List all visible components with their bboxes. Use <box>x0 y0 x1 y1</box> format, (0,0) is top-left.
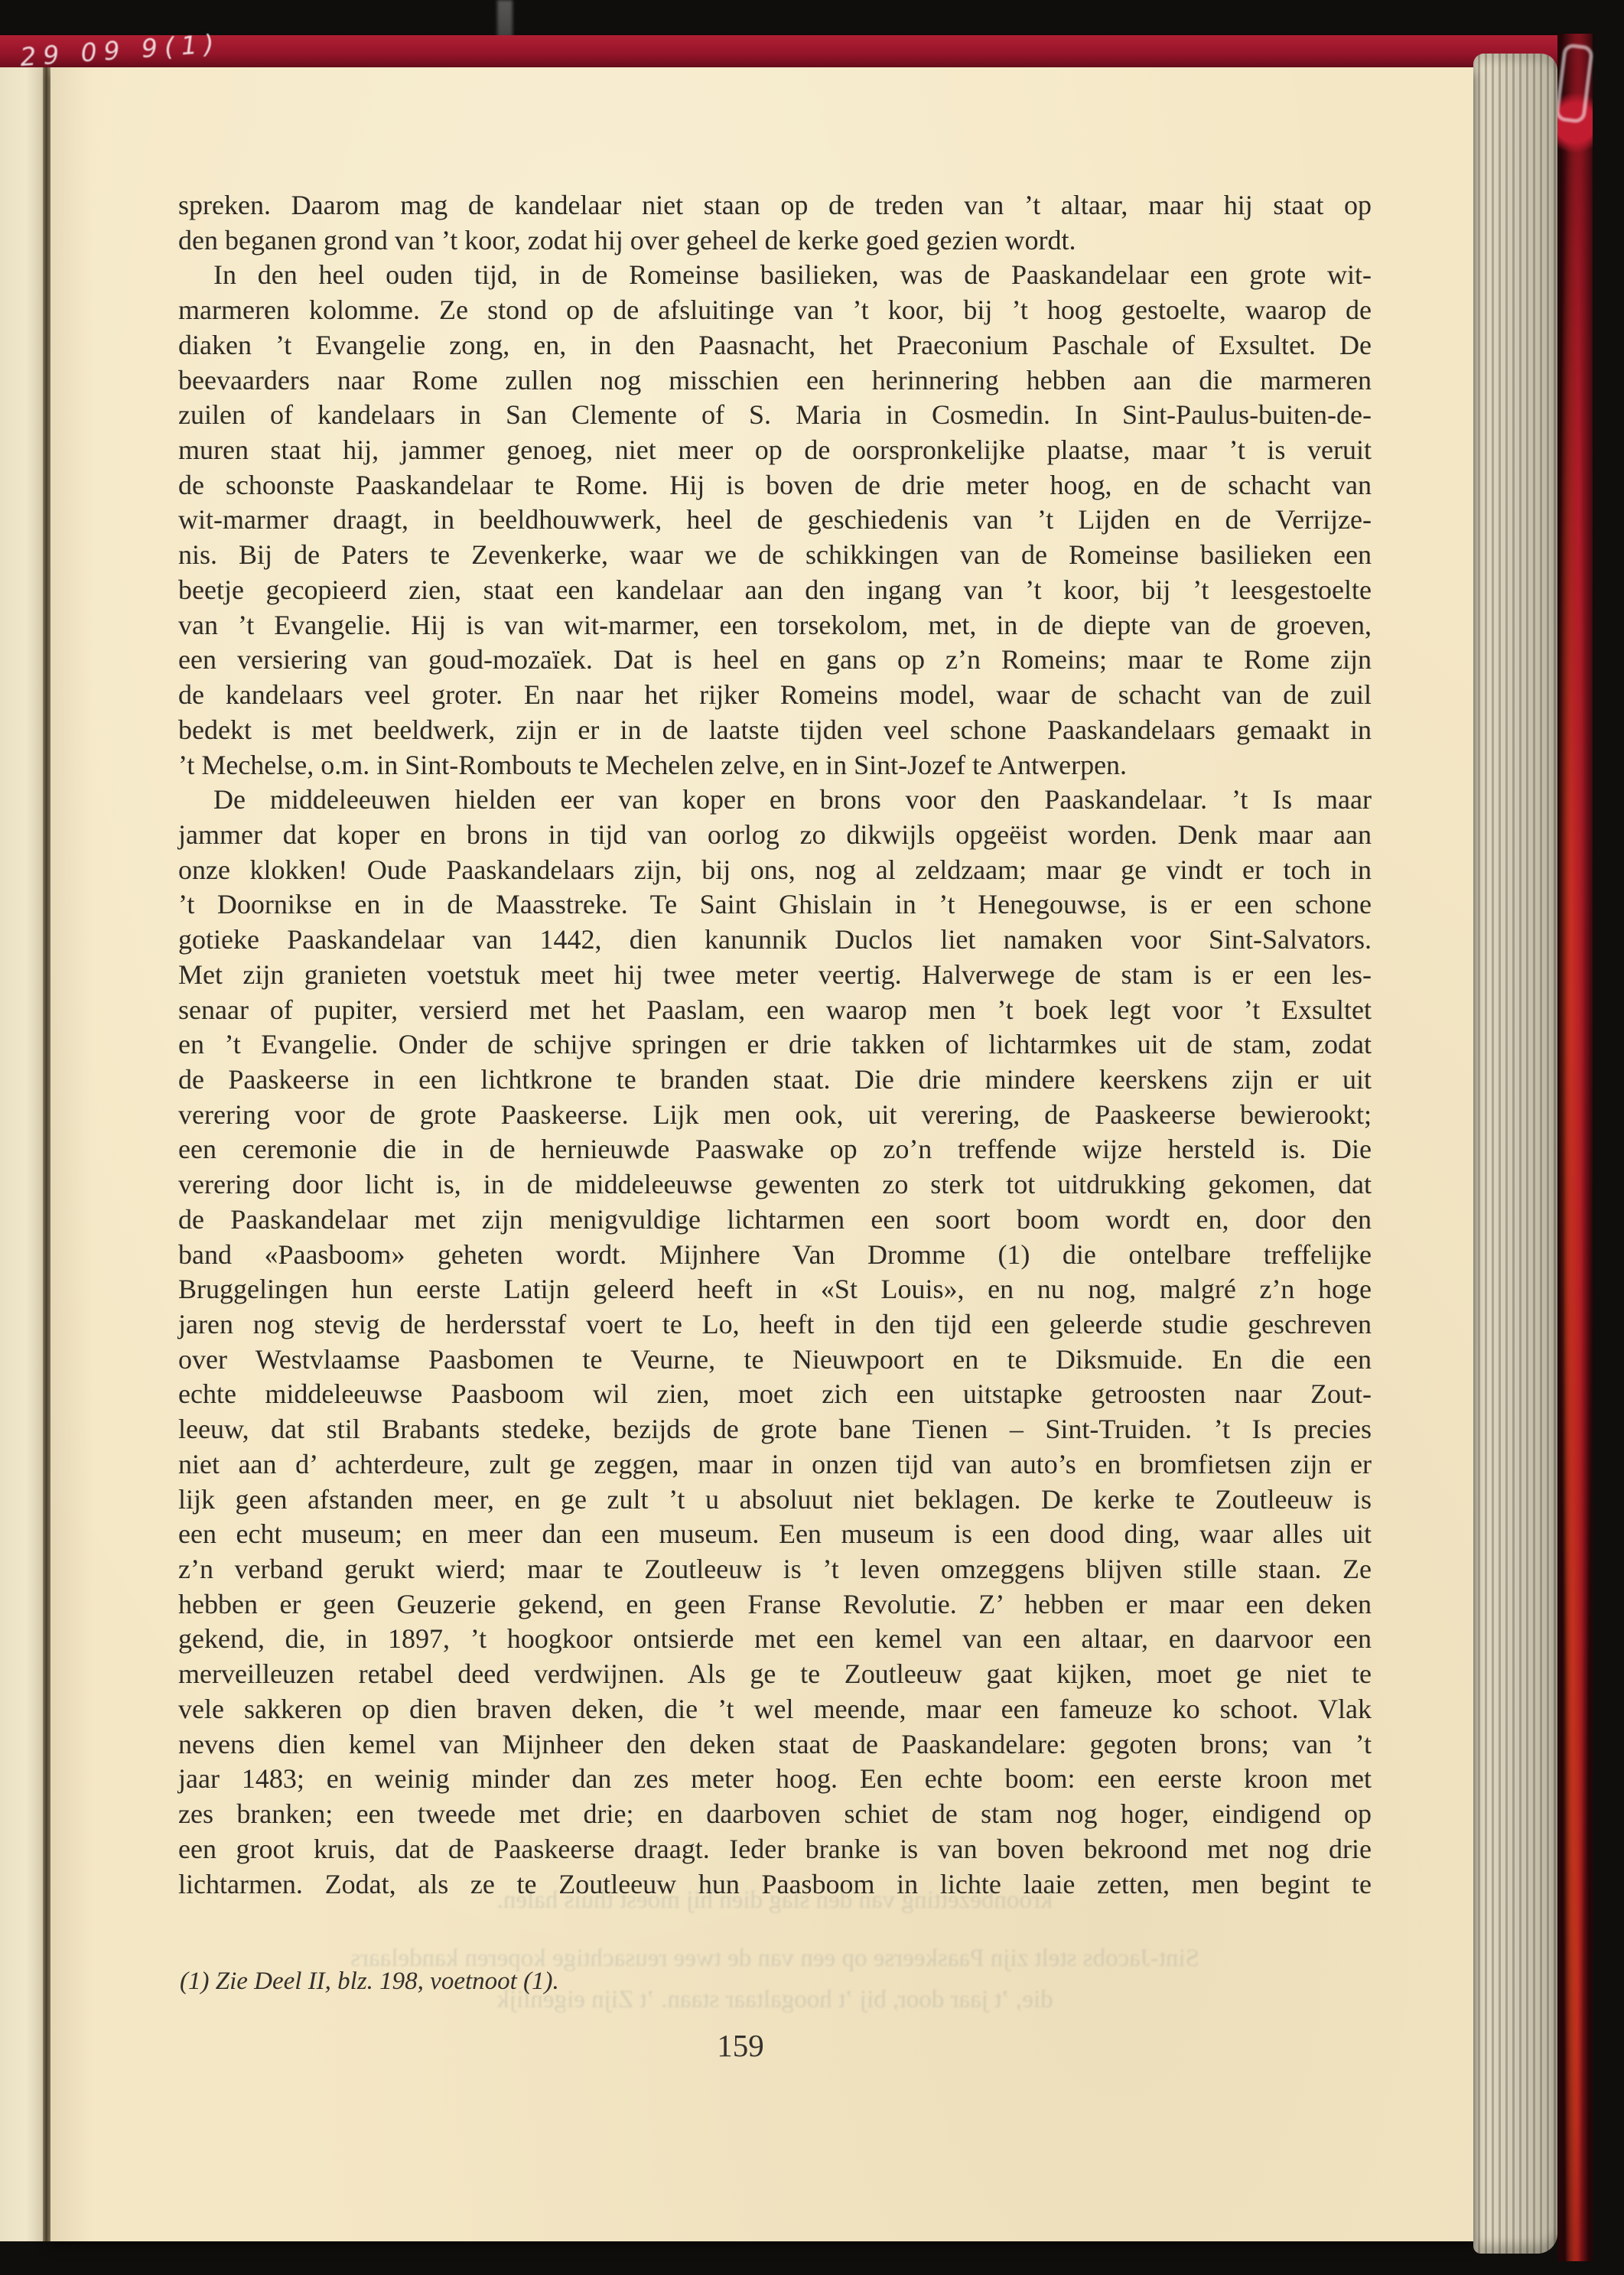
text-line: bedekt is met beeldwerk, zijn er in de l… <box>178 713 1372 748</box>
text-line: lijk geen afstanden meer, en ge zult ’t … <box>178 1482 1372 1518</box>
text-line: de Paaskeerse in een lichtkrone te brand… <box>178 1063 1372 1098</box>
text-line: marmeren kolomme. Ze stond op de afsluit… <box>178 293 1372 328</box>
text-line: wit-marmer draagt, in beeldhouwwerk, hee… <box>178 503 1372 538</box>
text-line: gotieke Paaskandelaar van 1442, dien kan… <box>178 923 1372 958</box>
text-line: en ’t Evangelie. Onder de schijve spring… <box>178 1027 1372 1063</box>
text-line: Bruggelingen hun eerste Latijn geleerd h… <box>178 1272 1372 1307</box>
text-line: spreken. Daarom mag de kandelaar niet st… <box>178 188 1372 223</box>
text-line: hebben er geen Geuzerie gekend, en geen … <box>178 1587 1372 1622</box>
text-line: verering door licht is, in de middeleeuw… <box>178 1167 1372 1203</box>
text-line: beetje gecopieerd zien, staat een kandel… <box>178 573 1372 608</box>
text-line: van ’t Evangelie. Hij is van wit-marmer,… <box>178 608 1372 643</box>
book-cover-top-edge <box>0 35 1590 67</box>
text-line: niet aan d’ achterdeure, zult ge zeggen,… <box>178 1447 1372 1482</box>
footnote: (1) Zie Deel II, blz. 198, voetnoot (1). <box>180 1967 1251 1996</box>
page-gutter-shadow <box>43 67 50 2241</box>
text-line: de kandelaars veel groter. En naar het r… <box>178 678 1372 713</box>
text-line: band «Paasboom» geheten wordt. Mijnhere … <box>178 1238 1372 1273</box>
text-line: onze klokken! Oude Paaskandelaars zijn, … <box>178 853 1372 888</box>
text-line: muren staat hij, jammer genoeg, niet mee… <box>178 433 1372 468</box>
text-line: de Paaskandelaar met zijn menigvuldige l… <box>178 1203 1372 1238</box>
text-line: zuilen of kandelaars in San Clemente of … <box>178 398 1372 433</box>
page-edge-stack <box>1473 54 1557 2254</box>
text-line: een groot kruis, dat de Paaskeerse draag… <box>178 1832 1372 1867</box>
body-text: spreken. Daarom mag de kandelaar niet st… <box>178 188 1372 1902</box>
text-line: nis. Bij de Paters te Zevenkerke, waar w… <box>178 538 1372 573</box>
text-line: de schoonste Paaskandelaar te Rome. Hij … <box>178 468 1372 503</box>
text-line: jaren nog stevig de herdersstaf voert te… <box>178 1307 1372 1343</box>
text-line: den beganen grond van ’t koor, zodat hij… <box>178 223 1372 259</box>
text-line: een echt museum; en meer dan een museum.… <box>178 1517 1372 1552</box>
text-line: jaar 1483; en weinig minder dan zes mete… <box>178 1762 1372 1797</box>
photo-of-book-page: { "page": { "number": "159", "footnote":… <box>0 0 1624 2275</box>
text-line: z’n verband gerukt wierd; maar te Zoutle… <box>178 1552 1372 1587</box>
text-line: merveilleuzen retabel deed verdwijnen. A… <box>178 1657 1372 1692</box>
marbled-cover-edge <box>1557 34 1593 2261</box>
text-line: leeuw, dat stil Brabants stedeke, bezijd… <box>178 1412 1372 1447</box>
text-line: vele sakkeren op dien braven deken, die … <box>178 1692 1372 1727</box>
text-line: jammer dat koper en brons in tijd van oo… <box>178 818 1372 853</box>
text-line: echte middeleeuwse Paasboom wil zien, mo… <box>178 1377 1372 1412</box>
text-line: In den heel ouden tijd, in de Romeinse b… <box>178 258 1372 293</box>
facing-page-edge <box>0 67 43 2241</box>
text-line: over Westvlaamse Paasbomen te Veurne, te… <box>178 1343 1372 1378</box>
showthrough-text: kroonbezetting van den slag dien hij moe… <box>178 1886 1372 1915</box>
text-line: beevaarders naar Rome zullen nog misschi… <box>178 363 1372 399</box>
text-line: diaken ’t Evangelie zong, en, in den Paa… <box>178 328 1372 363</box>
text-line: Met zijn granieten voetstuk meet hij twe… <box>178 958 1372 993</box>
text-line: ’t Doornikse en in de Maasstreke. Te Sai… <box>178 887 1372 923</box>
page-number: 159 <box>178 2027 1303 2064</box>
text-line: gekend, die, in 1897, ’t hoogkoor ontsie… <box>178 1622 1372 1657</box>
text-line: een ceremonie die in de hernieuwde Paasw… <box>178 1132 1372 1167</box>
text-line: senaar of pupiter, versierd met het Paas… <box>178 993 1372 1028</box>
text-line: zes branken; een tweede met drie; en daa… <box>178 1797 1372 1832</box>
text-line: De middeleeuwen hielden eer van koper en… <box>178 783 1372 818</box>
text-line: nevens dien kemel van Mijnheer den deken… <box>178 1727 1372 1762</box>
text-line: verering voor de grote Paaskeerse. Lijk … <box>178 1098 1372 1133</box>
text-line: ’t Mechelse, o.m. in Sint-Rombouts te Me… <box>178 748 1372 783</box>
text-line: een versiering van goud-mozaïek. Dat is … <box>178 643 1372 678</box>
